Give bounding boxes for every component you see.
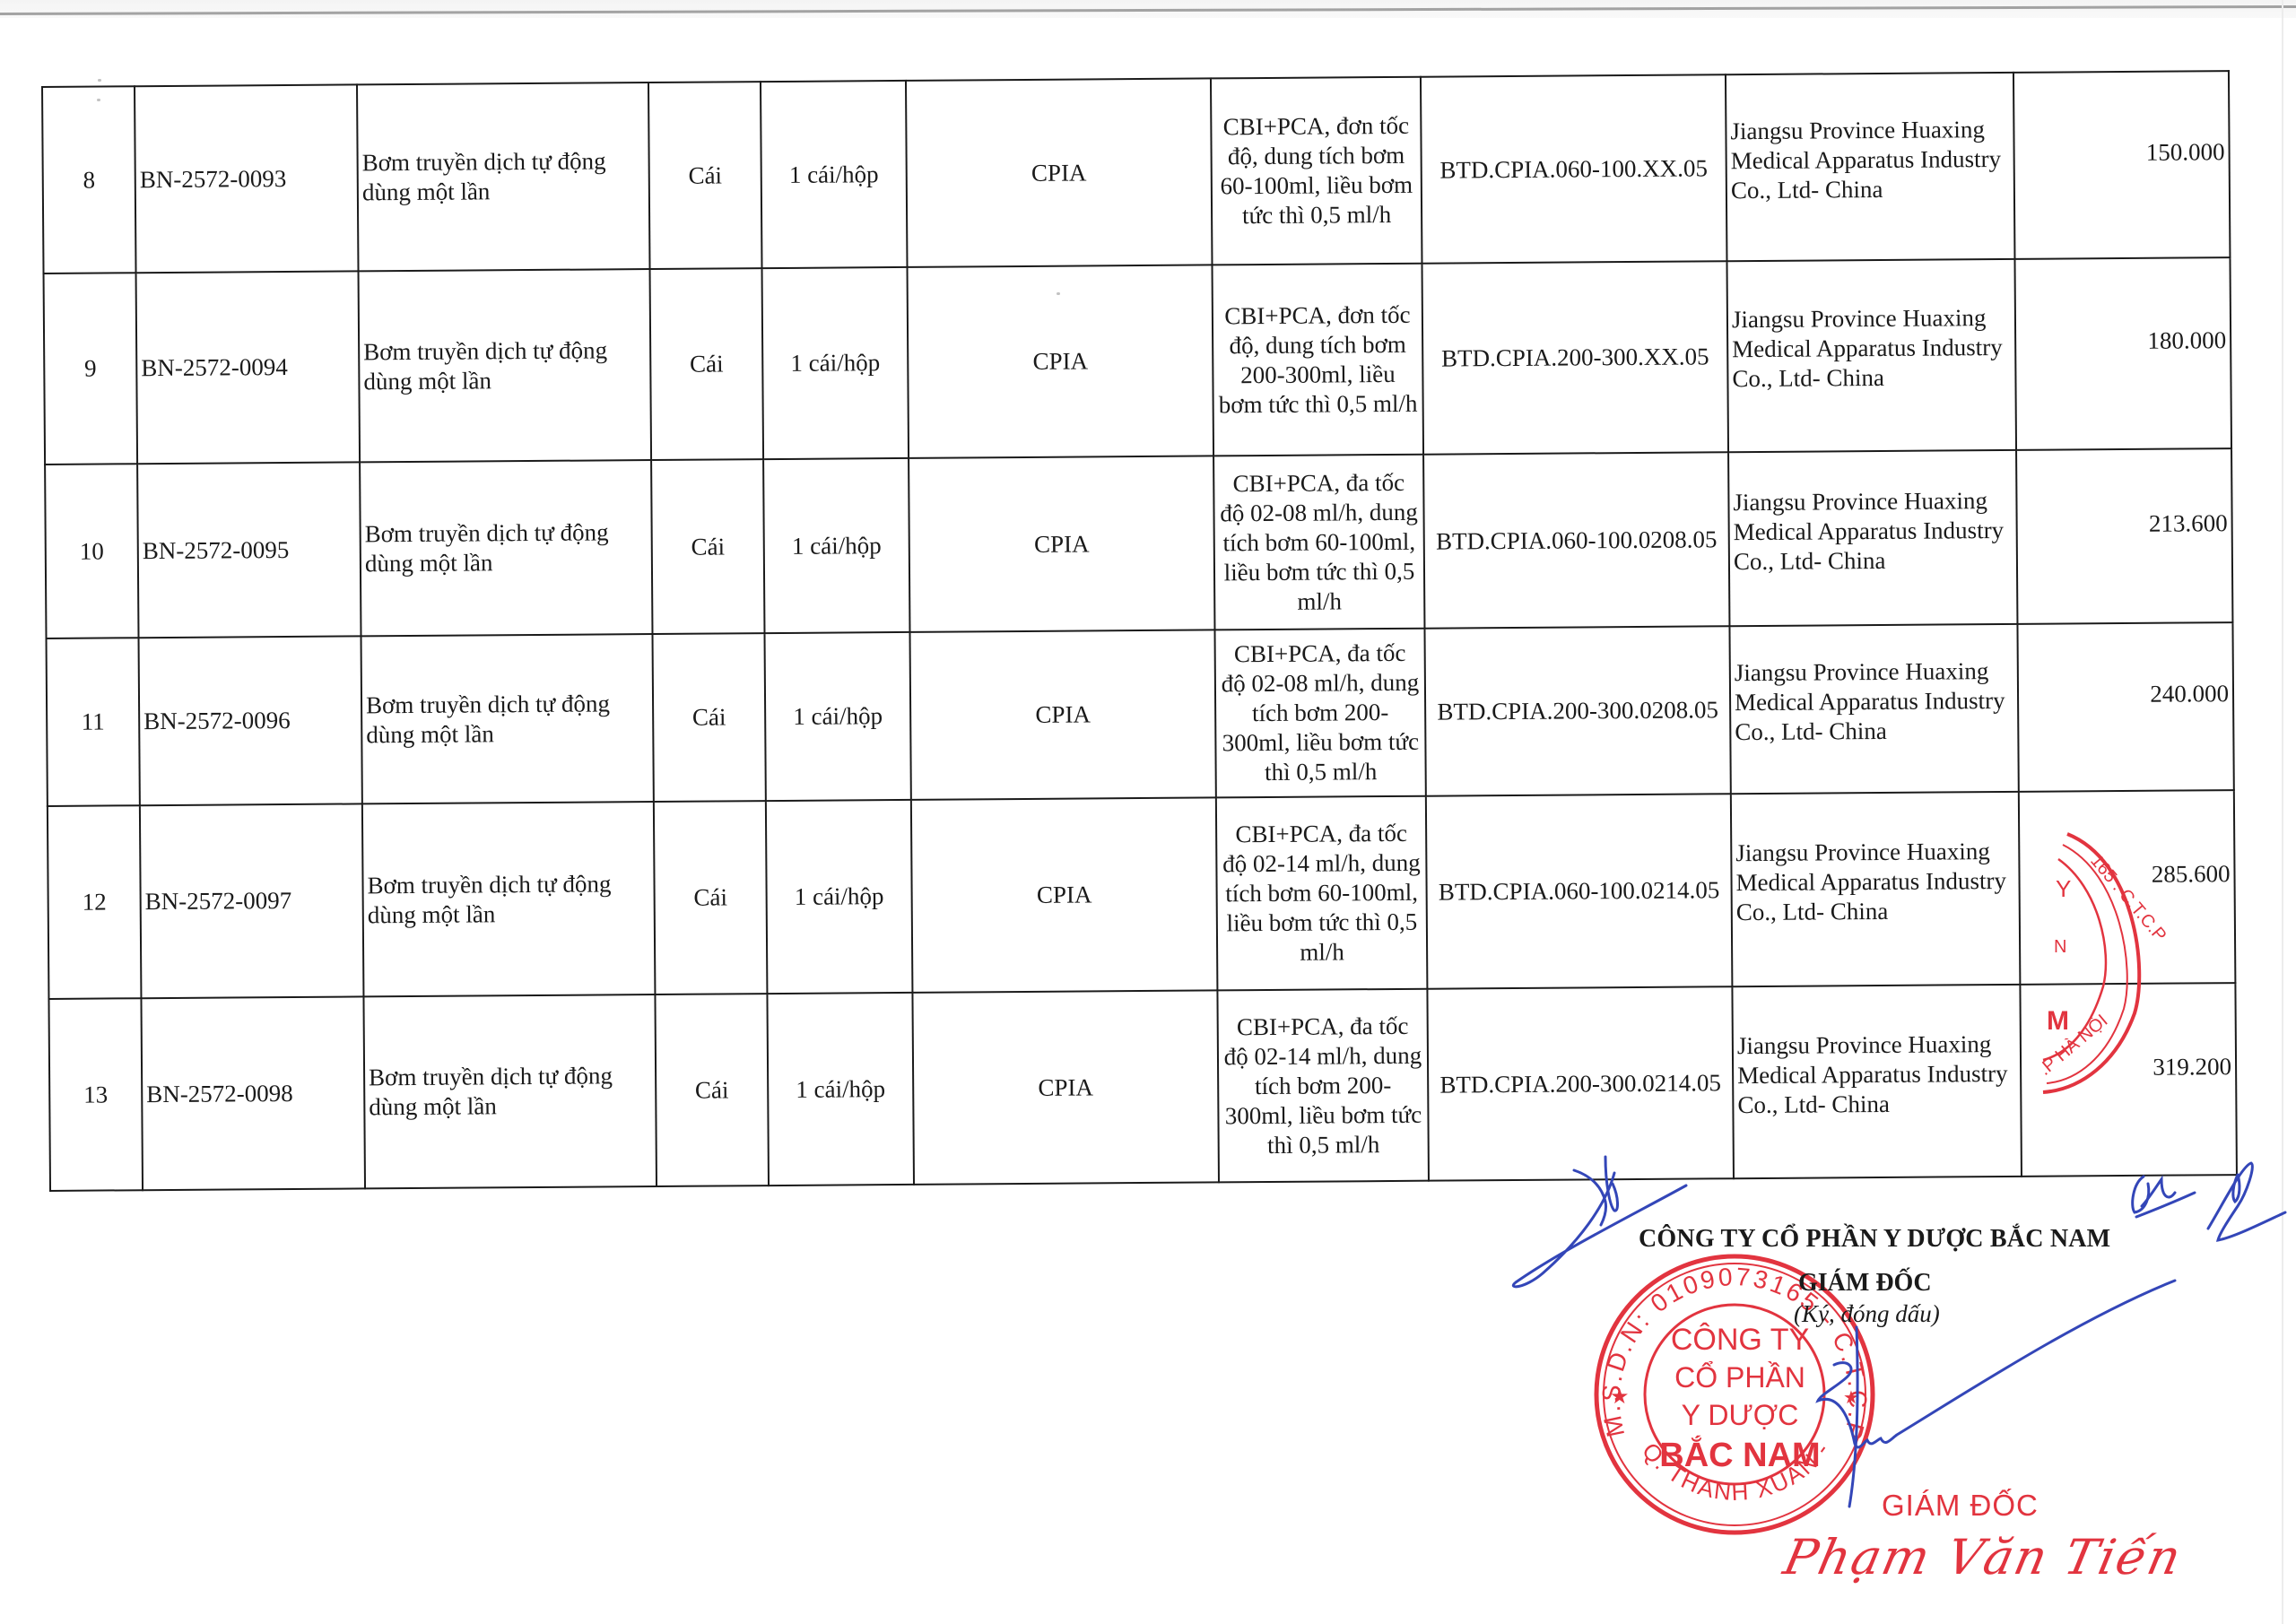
partial-stamp: Y N M 165 . C.T.C.P .P HÀ NỘI — [2034, 834, 2170, 1092]
partial-stamp-ring-text: 165 . C.T.C.P — [2086, 851, 2170, 945]
partial-stamp-letter: M — [2047, 1006, 2069, 1036]
partial-stamp-letter: N — [2054, 937, 2066, 957]
company-stamp: M.S.D.N: 0109073165 - C.T.C.P Q. THANH X… — [0, 0, 1873, 1533]
signature-stamp-overlay: M.S.D.N: 0109073165 - C.T.C.P Q. THANH X… — [0, 0, 2296, 1624]
initial-signature-left — [1513, 1157, 1686, 1287]
svg-text:Q. THANH XUÂN - T.P HÀ NỘI: Q. THANH XUÂN - T.P HÀ NỘI — [0, 0, 1836, 1506]
stamp-center-line: BẮC NAM — [1659, 1435, 1820, 1474]
stamp-center-line: Y DƯỢC — [1682, 1399, 1799, 1431]
svg-text:★: ★ — [1610, 1384, 1630, 1409]
stamp-ring-bottom-text: Q. THANH XUÂN - T.P HÀ NỘI — [0, 0, 1836, 1506]
stamp-center-line: CỔ PHẦN — [1674, 1361, 1805, 1394]
initial-signature-right — [2133, 1163, 2285, 1240]
partial-stamp-letter: Y — [2056, 875, 2071, 902]
stamp-center-line: CÔNG TY — [1671, 1323, 1809, 1357]
